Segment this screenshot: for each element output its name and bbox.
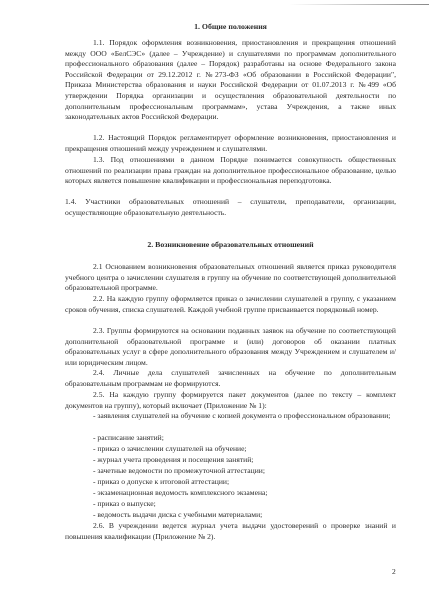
section-2-heading: 2. Возникновение образовательных отношен… bbox=[65, 240, 396, 251]
list-item: - приказ о выпуске; bbox=[93, 499, 156, 510]
list-item: - журнал учета проведения и посещения за… bbox=[93, 455, 253, 466]
paragraph-2-1: 2.1 Основанием возникновения образовател… bbox=[65, 262, 396, 294]
scan-edge-artifact bbox=[289, 4, 429, 5]
paragraph-1-1: 1.1. Порядок оформления возникновения, п… bbox=[65, 38, 396, 123]
list-item: - приказ о допуске к итоговой аттестации… bbox=[93, 477, 229, 488]
paragraph-2-6: 2.6. В учреждении ведется журнал учета в… bbox=[65, 521, 396, 542]
page-number: 2 bbox=[392, 567, 396, 576]
list-item: - расписание занятий; bbox=[93, 433, 164, 444]
paragraph-2-3: 2.3. Группы формируются на основании под… bbox=[65, 326, 396, 368]
paragraph-1-3: 1.3. Под отношениями в данном Порядке по… bbox=[65, 155, 396, 187]
paragraph-2-4: 2.4. Личные дела слушателей зачисленных … bbox=[65, 368, 396, 389]
list-item: - заявления слушателей на обучение с коп… bbox=[65, 411, 396, 422]
section-1-heading: 1. Общие положения bbox=[65, 22, 396, 33]
list-item: - зачетные ведомости по промежуточной ат… bbox=[93, 466, 265, 477]
paragraph-1-4: 1.4. Участники образовательных отношений… bbox=[65, 197, 396, 218]
paragraph-2-2: 2.2. На каждую группу оформляется приказ… bbox=[65, 294, 396, 315]
paragraph-2-5: 2.5. На каждую группу формируется пакет … bbox=[65, 390, 396, 411]
list-item: - ведомость выдачи диска с учебными мате… bbox=[93, 510, 262, 521]
list-item: - экзаменационная ведомость комплексного… bbox=[93, 488, 268, 499]
paragraph-1-2: 1.2. Настоящий Порядок регламентирует оф… bbox=[65, 133, 396, 154]
list-item: - приказ о зачислении слушателей на обуч… bbox=[93, 444, 247, 455]
